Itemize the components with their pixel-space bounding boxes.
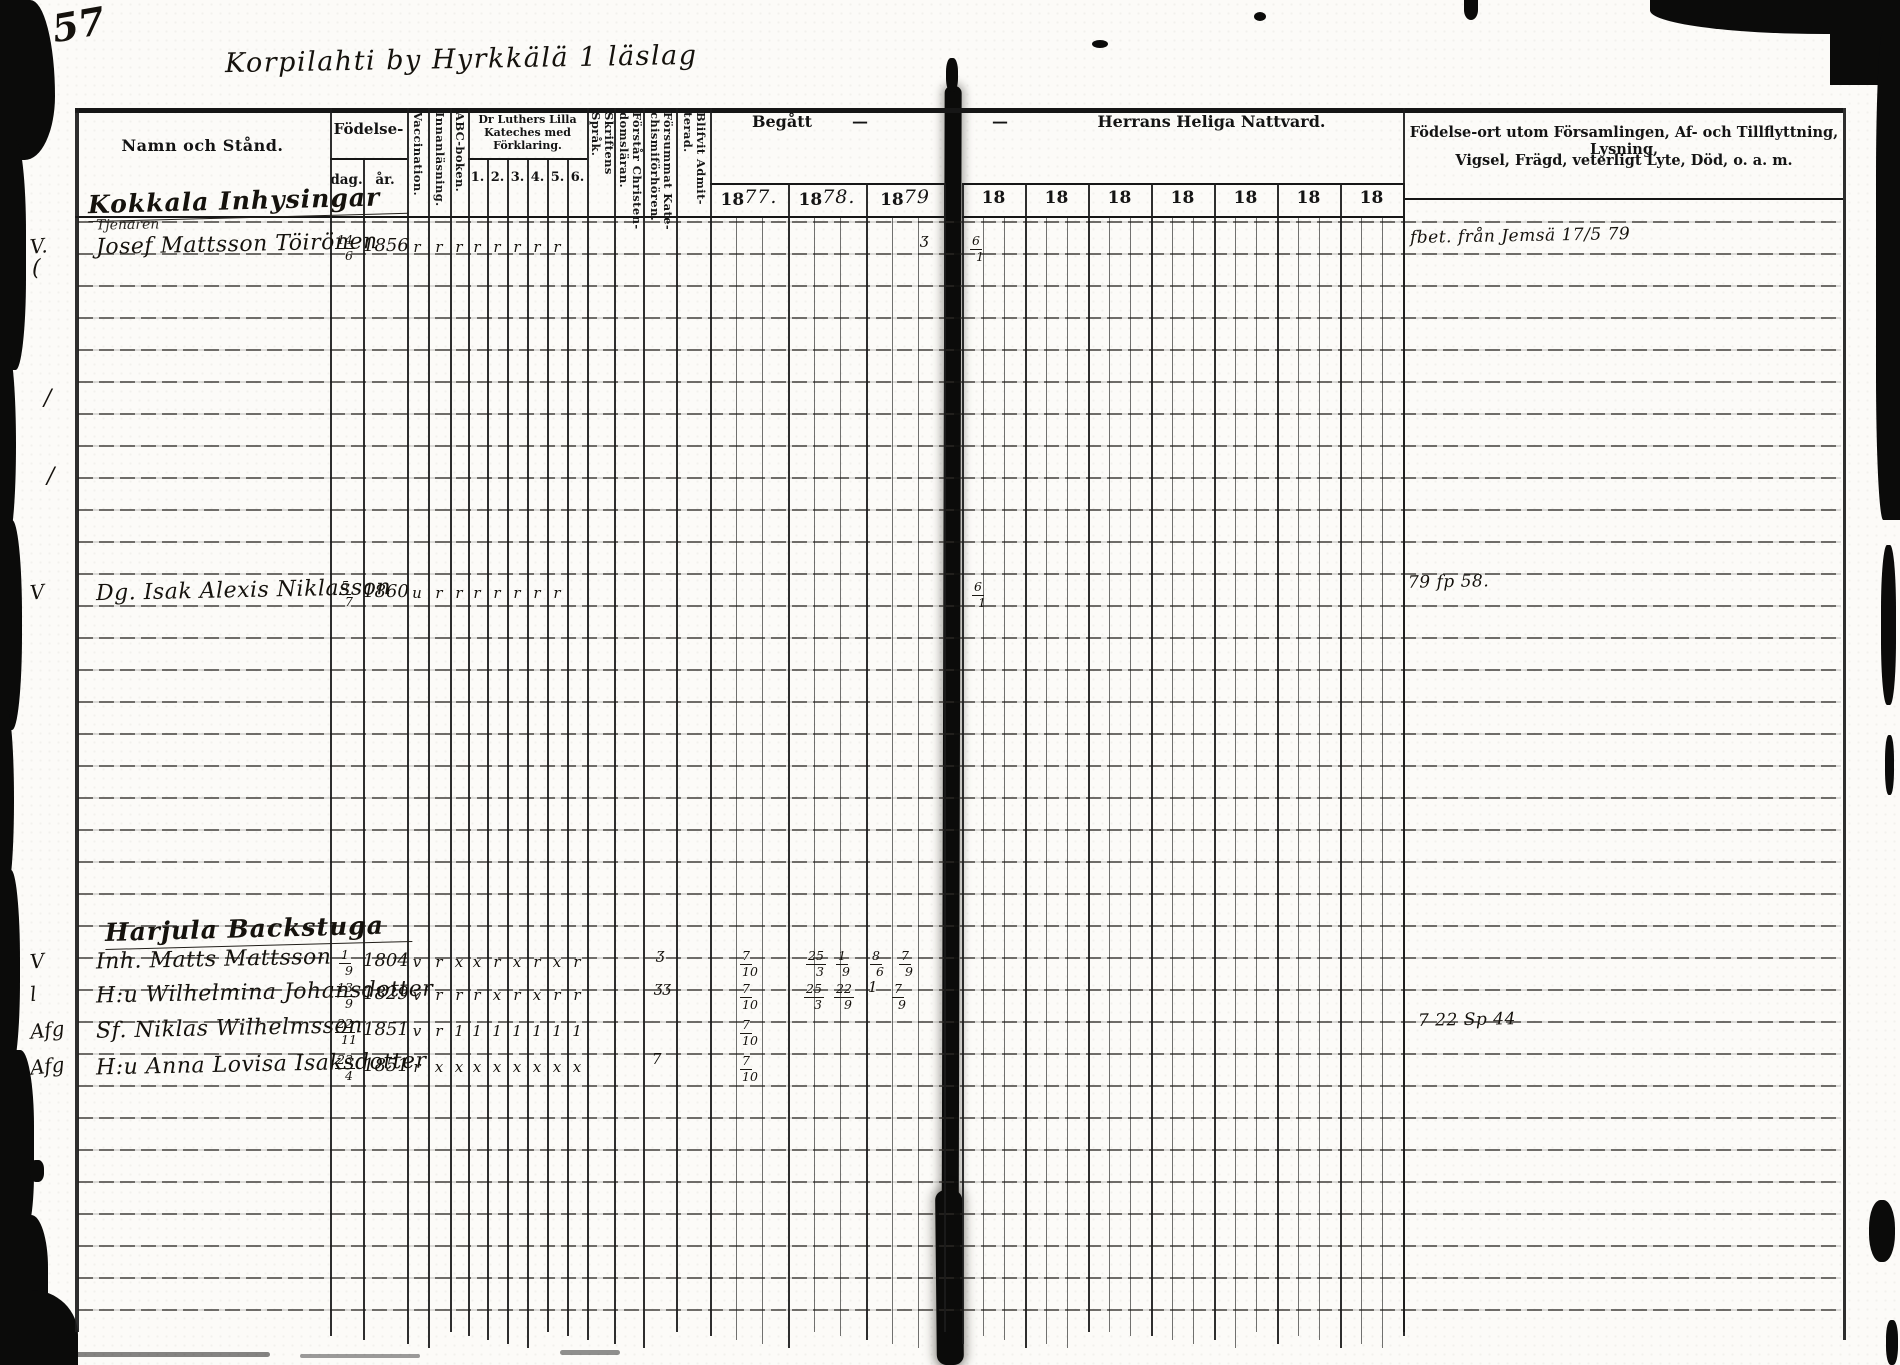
ruled-line bbox=[78, 477, 1841, 479]
reading-mark: r bbox=[431, 953, 447, 971]
reading-mark: x bbox=[469, 1058, 485, 1076]
communion-date: 710 bbox=[740, 1014, 756, 1047]
header-kateches-number: 6. bbox=[568, 170, 587, 185]
marginal-note: 7 22 Sp 44 bbox=[1418, 1009, 1516, 1031]
reading-mark: v bbox=[409, 953, 425, 971]
reading-mark: r bbox=[451, 986, 467, 1004]
ruled-line bbox=[78, 1117, 1841, 1119]
margin-mark: Afg bbox=[29, 1016, 66, 1043]
fraction: 229 bbox=[836, 983, 856, 1011]
grid-vline bbox=[567, 160, 569, 1336]
reading-mark: r bbox=[509, 238, 525, 256]
communion-date: 1 bbox=[868, 978, 878, 996]
catechism-note: ʒʒ bbox=[654, 978, 671, 996]
ruled-line bbox=[78, 413, 1841, 415]
marginal-note: 79 fp 58. bbox=[1408, 571, 1489, 592]
grid-vline bbox=[762, 217, 763, 1344]
fraction: 710 bbox=[740, 1055, 756, 1083]
ruled-line bbox=[78, 797, 1841, 799]
grid-vline bbox=[587, 108, 589, 1340]
birth-day: 146 bbox=[331, 234, 363, 262]
year-header-right: 18 bbox=[1025, 188, 1088, 208]
fraction: 139 bbox=[337, 982, 357, 1010]
grid-vline bbox=[1151, 183, 1153, 1336]
ruled-line bbox=[78, 765, 1841, 767]
reading-mark: r bbox=[409, 1058, 425, 1076]
catechism-note: ʒ bbox=[656, 945, 664, 963]
table-border-line bbox=[1403, 198, 1843, 200]
reading-mark: r bbox=[469, 584, 485, 602]
ruled-line bbox=[78, 541, 1841, 543]
birth-year: 1860 bbox=[363, 581, 407, 602]
grid-vline bbox=[487, 160, 489, 1340]
grid-vline bbox=[676, 108, 678, 1332]
communion-date: 86 bbox=[872, 945, 884, 978]
grid-vline bbox=[840, 217, 841, 1336]
reading-mark: r bbox=[469, 986, 485, 1004]
reading-mark: r bbox=[489, 238, 505, 256]
ruled-line bbox=[78, 701, 1841, 703]
ruled-line bbox=[78, 669, 1841, 671]
grid-vline bbox=[710, 108, 712, 1336]
communion-date: 79 bbox=[894, 978, 906, 1011]
reading-mark: r bbox=[529, 238, 545, 256]
reading-mark: r bbox=[451, 584, 467, 602]
grid-vline bbox=[428, 108, 430, 1348]
reading-mark: r bbox=[569, 986, 585, 1004]
reading-mark: x bbox=[489, 986, 505, 1004]
reading-mark: x bbox=[509, 1058, 525, 1076]
fraction: 79 bbox=[894, 983, 906, 1011]
reading-mark: r bbox=[451, 238, 467, 256]
grid-vline bbox=[1843, 108, 1846, 1340]
grid-vline bbox=[1025, 183, 1027, 1348]
birth-year: 1804 bbox=[363, 950, 407, 971]
grid-vline bbox=[983, 217, 984, 1336]
margin-mark: V bbox=[29, 948, 46, 973]
year-handwritten: 77. bbox=[744, 186, 777, 208]
ruled-line bbox=[78, 1181, 1841, 1183]
birth-day: 2211 bbox=[331, 1018, 363, 1046]
reading-mark: 1 bbox=[529, 1022, 545, 1040]
reading-mark: x bbox=[549, 953, 565, 971]
grid-vline bbox=[1298, 217, 1299, 1336]
grid-vline bbox=[1256, 217, 1257, 1332]
table-border-line bbox=[710, 183, 944, 185]
communion-date: 253 bbox=[808, 945, 828, 978]
catechism-note: 7 bbox=[652, 1050, 662, 1068]
handwriting-pre: Tjenaren bbox=[96, 216, 160, 233]
communion-date: 79 bbox=[901, 945, 913, 978]
fraction: 710 bbox=[740, 1019, 756, 1047]
reading-mark: x bbox=[489, 1058, 505, 1076]
grid-vline bbox=[1067, 217, 1068, 1348]
header-vertical-label: Försummat Kate- bbox=[661, 112, 675, 214]
header-vertical-label: ABC-boken. bbox=[453, 112, 467, 214]
fraction: 710 bbox=[740, 983, 756, 1011]
ruled-line bbox=[78, 829, 1841, 831]
ruled-line bbox=[78, 1245, 1841, 1247]
reading-mark: 1 bbox=[451, 1022, 467, 1040]
grid-vline bbox=[1172, 217, 1173, 1340]
reading-mark: r bbox=[529, 953, 545, 971]
ruled-line bbox=[78, 445, 1841, 447]
reading-mark: x bbox=[451, 1058, 467, 1076]
reading-mark: r bbox=[469, 238, 485, 256]
grid-vline bbox=[468, 108, 470, 1336]
year-header-right: 18 bbox=[1088, 188, 1151, 208]
ruled-line bbox=[78, 1213, 1841, 1215]
header-vertical-label: domsläran. bbox=[617, 112, 631, 214]
margin-mark: V bbox=[29, 579, 46, 604]
communion-date: 710 bbox=[740, 1050, 756, 1083]
grid-vline bbox=[643, 108, 645, 1348]
grid-vline bbox=[547, 160, 549, 1332]
year-header-left: 1878. bbox=[789, 188, 865, 210]
reading-mark: 1 bbox=[549, 1022, 565, 1040]
header-vertical-label: terad. bbox=[681, 112, 695, 214]
grid-vline bbox=[1109, 217, 1110, 1332]
reading-mark: x bbox=[569, 1058, 585, 1076]
fraction: 19 bbox=[341, 949, 353, 977]
reading-mark: r bbox=[549, 986, 565, 1004]
birth-day: 139 bbox=[331, 982, 363, 1010]
grid-vline bbox=[866, 183, 868, 1340]
fraction: 2211 bbox=[337, 1018, 357, 1046]
reading-mark: r bbox=[489, 953, 505, 971]
communion-date: 229 bbox=[836, 978, 856, 1011]
stray-mark: ( bbox=[32, 256, 41, 281]
margin-mark: V. bbox=[29, 233, 49, 259]
grid-vline bbox=[527, 160, 529, 1348]
year-handwritten: 78. bbox=[822, 186, 855, 208]
reading-mark: x bbox=[529, 1058, 545, 1076]
header-kateches-number: 5. bbox=[548, 170, 567, 185]
table-border-line bbox=[962, 216, 1403, 218]
birth-year: 1851 bbox=[363, 1055, 407, 1076]
ruled-line bbox=[78, 861, 1841, 863]
year-header-right: 18 bbox=[1214, 188, 1277, 208]
header-vertical-label: Förstår Christen- bbox=[630, 112, 644, 214]
table-border-line bbox=[330, 158, 407, 160]
reading-mark: 1 bbox=[489, 1022, 505, 1040]
fraction: 57 bbox=[341, 580, 353, 608]
table-grid: Vaccination.Innanläsning.ABC-boken.Skrif… bbox=[0, 0, 1900, 1365]
table-border-line bbox=[75, 108, 1843, 113]
year-printed: 18 bbox=[880, 190, 904, 210]
ruled-line bbox=[78, 1149, 1841, 1151]
year-printed: 18 bbox=[721, 190, 745, 210]
stray-mark: / bbox=[44, 386, 51, 411]
fraction: 61 bbox=[972, 235, 984, 263]
grid-vline bbox=[736, 217, 737, 1340]
year-header-right: 18 bbox=[1277, 188, 1340, 208]
reading-mark: 1 bbox=[469, 1022, 485, 1040]
header-vertical-label: Blifvit Admit- bbox=[694, 112, 708, 214]
year-header-right: 18 bbox=[1340, 188, 1403, 208]
reading-mark: x bbox=[549, 1058, 565, 1076]
grid-vline bbox=[1214, 183, 1216, 1340]
reading-mark: x bbox=[529, 986, 545, 1004]
header-kateches-number: 3. bbox=[508, 170, 527, 185]
header-vertical-label: Språk. bbox=[589, 112, 603, 214]
ruled-line bbox=[78, 1309, 1841, 1311]
grid-vline bbox=[814, 217, 815, 1332]
reading-mark: r bbox=[509, 584, 525, 602]
reading-mark: x bbox=[431, 1058, 447, 1076]
margin-mark: Afg bbox=[29, 1052, 66, 1079]
table-border-line bbox=[962, 183, 1403, 185]
reading-mark: r bbox=[509, 986, 525, 1004]
communion-date: 19 bbox=[838, 945, 850, 978]
header-vertical-label: Vaccination. bbox=[411, 112, 425, 214]
reading-mark: r bbox=[489, 584, 505, 602]
reading-mark: r bbox=[549, 238, 565, 256]
header-kateches-number: 1. bbox=[468, 170, 487, 185]
header-vertical-label: Innanläsning. bbox=[433, 112, 447, 214]
grid-vline bbox=[1277, 183, 1279, 1344]
reading-mark: v bbox=[409, 1022, 425, 1040]
reading-mark: x bbox=[451, 953, 467, 971]
ruled-line bbox=[78, 573, 1841, 575]
grid-vline bbox=[1235, 217, 1236, 1348]
communion-date: 710 bbox=[740, 945, 756, 978]
communion-date: 710 bbox=[740, 978, 756, 1011]
communion-date: 61 bbox=[974, 576, 986, 609]
communion-date: ʒ bbox=[920, 230, 928, 248]
year-header-right: 18 bbox=[962, 188, 1025, 208]
fraction: 19 bbox=[838, 950, 850, 978]
scanned-parish-register-page: 57 Korpilahti by Hyrkkälä 1 läslag Namn … bbox=[0, 0, 1900, 1365]
stray-mark: / bbox=[47, 464, 54, 489]
birth-year: 1856 bbox=[363, 235, 407, 256]
header-kateches-number: 4. bbox=[528, 170, 547, 185]
grid-vline bbox=[892, 217, 893, 1344]
header-kateches-number: 2. bbox=[488, 170, 507, 185]
grid-vline bbox=[1382, 217, 1383, 1348]
handwriting-name: Inh. Matts Mattsson bbox=[96, 945, 332, 975]
grid-vline bbox=[614, 108, 616, 1344]
grid-vline bbox=[788, 183, 790, 1348]
grid-vline bbox=[330, 108, 332, 1336]
birth-day: 234 bbox=[331, 1054, 363, 1082]
ruled-line bbox=[78, 285, 1841, 287]
year-printed: 18 bbox=[799, 190, 823, 210]
header-vertical-label: Skriftens bbox=[602, 112, 616, 214]
fraction: 146 bbox=[337, 234, 357, 262]
reading-mark: r bbox=[431, 986, 447, 1004]
header-vertical-label: chismiförhören. bbox=[648, 112, 662, 214]
reading-mark: u bbox=[409, 584, 425, 602]
year-header-left: 1879 bbox=[867, 188, 943, 210]
ruled-line bbox=[78, 381, 1841, 383]
reading-mark: x bbox=[509, 953, 525, 971]
reading-mark: r bbox=[569, 953, 585, 971]
birth-day: 19 bbox=[331, 949, 363, 977]
year-header-left: 1877. bbox=[711, 188, 787, 210]
grid-vline bbox=[962, 183, 964, 1344]
section-heading: Harjula Backstuga bbox=[105, 910, 413, 950]
grid-vline bbox=[407, 108, 409, 1344]
grid-vline bbox=[507, 160, 509, 1344]
grid-vline bbox=[1046, 217, 1047, 1344]
grid-vline bbox=[1340, 183, 1342, 1348]
year-handwritten: 79 bbox=[904, 186, 930, 208]
grid-vline bbox=[1004, 217, 1005, 1340]
ruled-line bbox=[78, 733, 1841, 735]
birth-year: 1851 bbox=[363, 1019, 407, 1040]
margin-mark: l bbox=[29, 982, 38, 1007]
fraction: 253 bbox=[806, 983, 826, 1011]
fraction: 234 bbox=[337, 1054, 357, 1082]
birth-day: 57 bbox=[331, 580, 363, 608]
ruled-line bbox=[78, 509, 1841, 511]
grid-vline bbox=[1088, 183, 1090, 1332]
handwriting-name: Sf. Niklas Wilhelmsson bbox=[96, 1013, 363, 1044]
grid-vline bbox=[1193, 217, 1194, 1344]
reading-mark: r bbox=[431, 238, 447, 256]
reading-mark: r bbox=[529, 584, 545, 602]
fraction: 86 bbox=[872, 950, 884, 978]
reading-mark: r bbox=[431, 584, 447, 602]
birth-year: 1829 bbox=[363, 983, 407, 1004]
fraction: 79 bbox=[901, 950, 913, 978]
ruled-line bbox=[78, 1277, 1841, 1279]
grid-vline bbox=[944, 183, 946, 1332]
ruled-line bbox=[78, 893, 1841, 895]
reading-mark: 1 bbox=[509, 1022, 525, 1040]
grid-vline bbox=[1361, 217, 1362, 1344]
marginal-note: fbet. från Jemsä 17/5 79 bbox=[1410, 224, 1631, 248]
communion-date: 61 bbox=[972, 230, 984, 263]
fraction: 61 bbox=[974, 581, 986, 609]
reading-mark: r bbox=[431, 1022, 447, 1040]
grid-vline bbox=[1319, 217, 1320, 1340]
ruled-line bbox=[78, 349, 1841, 351]
ruled-line bbox=[78, 317, 1841, 319]
grid-vline bbox=[75, 108, 79, 1332]
fraction: 710 bbox=[740, 950, 756, 978]
grid-vline bbox=[1403, 183, 1405, 1332]
fraction: 253 bbox=[808, 950, 828, 978]
reading-mark: r bbox=[549, 584, 565, 602]
grid-vline bbox=[1130, 217, 1131, 1336]
year-header-right: 18 bbox=[1151, 188, 1214, 208]
grid-vline bbox=[450, 108, 452, 1332]
grid-vline bbox=[363, 160, 365, 1340]
reading-mark: x bbox=[469, 953, 485, 971]
reading-mark: r bbox=[409, 238, 425, 256]
ruled-line bbox=[78, 221, 1841, 223]
ruled-line bbox=[78, 1085, 1841, 1087]
ruled-line bbox=[78, 637, 1841, 639]
grid-vline bbox=[918, 217, 919, 1348]
reading-mark: 1 bbox=[569, 1022, 585, 1040]
communion-date: 253 bbox=[806, 978, 826, 1011]
reading-mark: v bbox=[409, 986, 425, 1004]
